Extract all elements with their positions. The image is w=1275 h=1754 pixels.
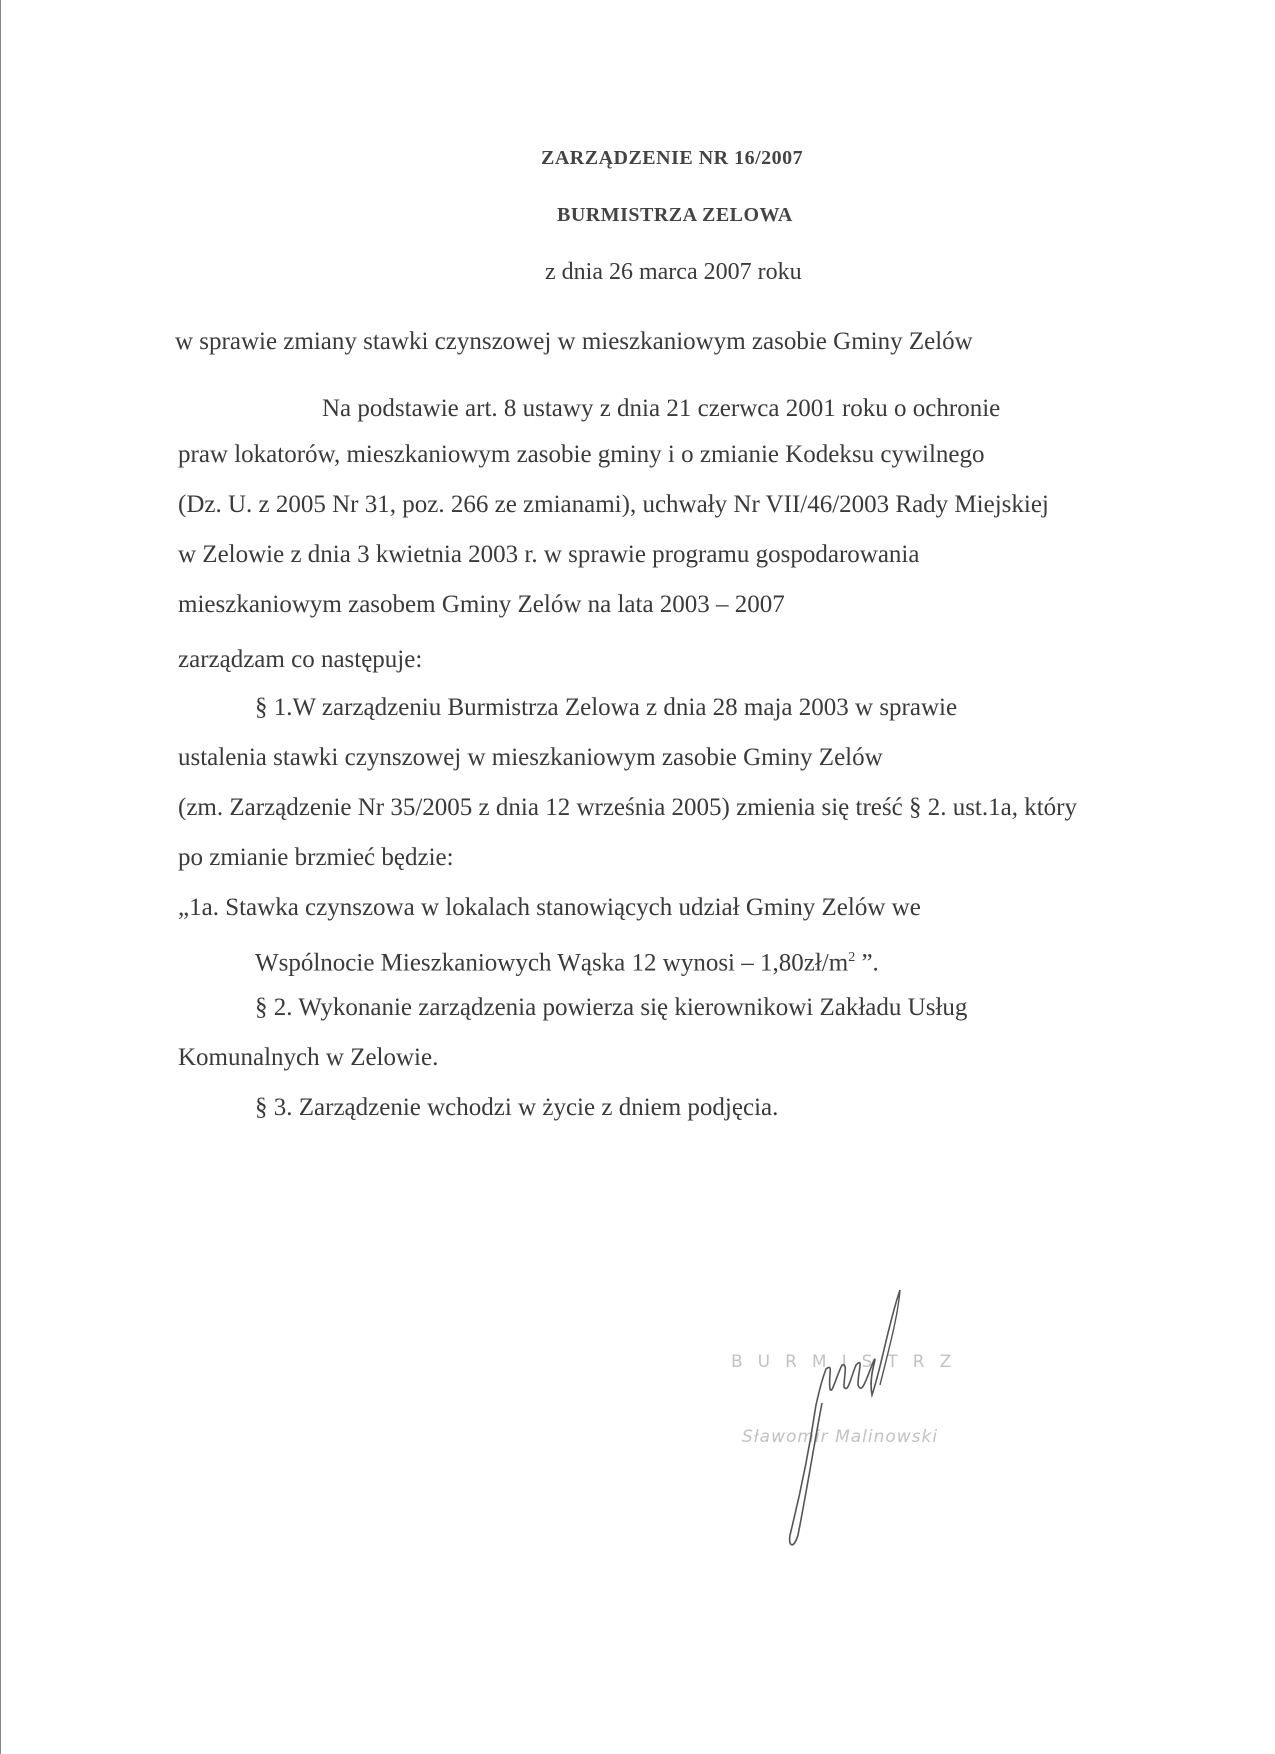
section-3-line: § 3. Zarządzenie wchodzi w życie z dniem… [255,1093,778,1123]
preamble-line: (Dz. U. z 2005 Nr 31, poz. 266 ze zmiana… [178,490,1049,520]
section-2-line: § 2. Wykonanie zarządzenia powierza się … [255,993,967,1023]
preamble-line: mieszkaniowym zasobem Gminy Zelów na lat… [178,590,785,620]
signature [760,1285,940,1555]
scan-edge [0,0,1,1754]
decree-date: z dnia 26 marca 2007 roku [545,257,802,287]
section-1-line: „1a. Stawka czynszowa w lokalach stanowi… [178,893,921,923]
preamble-line: zarządzam co następuje: [178,645,422,675]
preamble-line: w Zelowie z dnia 3 kwietnia 2003 r. w sp… [178,540,919,570]
rate-text: Wspólnocie Mieszkaniowych Wąska 12 wynos… [255,949,848,976]
section-1-line: (zm. Zarządzenie Nr 35/2005 z dnia 12 wr… [178,793,1077,823]
rate-suffix: ”. [855,949,879,976]
section-2-line: Komunalnych w Zelowie. [178,1043,438,1073]
decree-issuer: BURMISTRZA ZELOWA [557,200,793,230]
decree-subject: w sprawie zmiany stawki czynszowej w mie… [175,327,973,357]
section-1-line: po zmianie brzmieć będzie: [178,843,454,873]
section-1-line: ustalenia stawki czynszowej w mieszkanio… [178,743,883,773]
rate-line: Wspólnocie Mieszkaniowych Wąska 12 wynos… [255,943,879,978]
section-1-line: § 1.W zarządzeniu Burmistrza Zelowa z dn… [255,693,957,723]
preamble-line: Na podstawie art. 8 ustawy z dnia 21 cze… [322,394,1000,424]
preamble-line: praw lokatorów, mieszkaniowym zasobie gm… [178,440,985,470]
decree-title: ZARZĄDZENIE NR 16/2007 [541,143,803,173]
